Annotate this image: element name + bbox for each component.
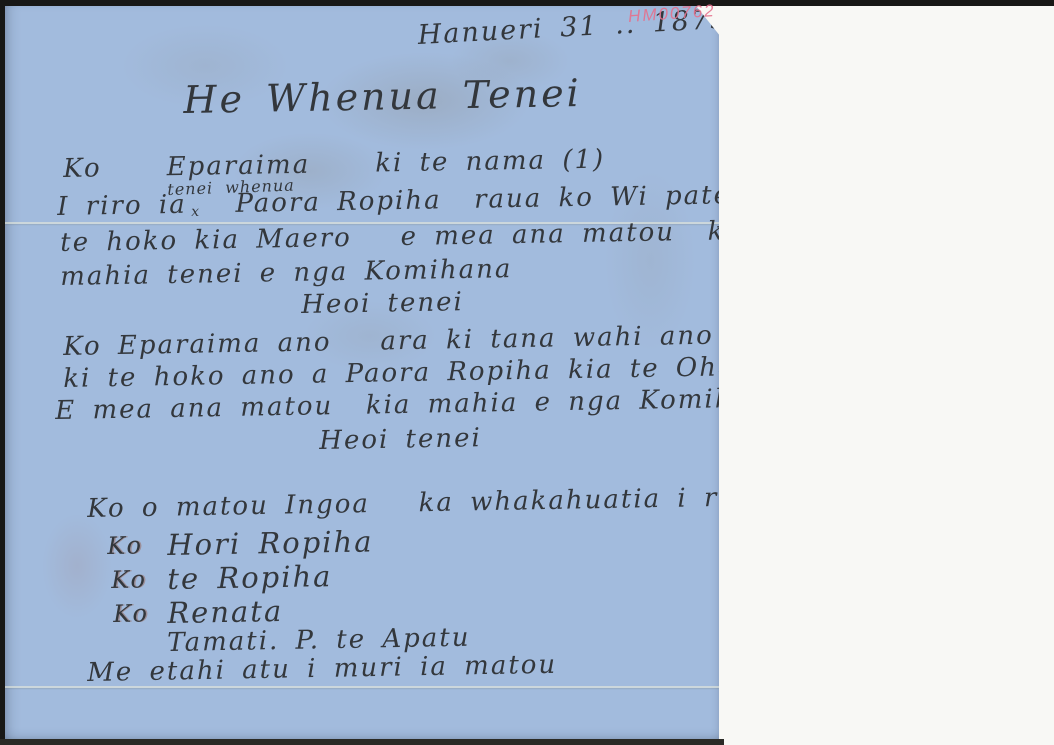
name-prefix: Ko bbox=[107, 531, 143, 560]
name-prefix: Ko bbox=[111, 565, 147, 594]
name-prefix: Ko bbox=[113, 599, 149, 628]
body-line: Ko o matou Ingoa ka whakahuatia i raro n… bbox=[87, 481, 831, 524]
closing-line: Me etahi atu i muri ia matou bbox=[87, 650, 557, 688]
body-line: mahia tenei e nga Komihana bbox=[60, 254, 513, 292]
signatory-name: Renata bbox=[167, 594, 283, 630]
paragraph-closing: Heoi tenei bbox=[301, 287, 464, 320]
scanned-letter-page: Hanueri 31 .. 1873 He Whenua Tenei Ko Ep… bbox=[0, 0, 1054, 745]
scanner-edge-top bbox=[0, 0, 1054, 6]
signatory-name: te Ropiha bbox=[167, 559, 333, 596]
paragraph-closing: Heoi tenei bbox=[319, 423, 482, 456]
scanner-edge-left bbox=[0, 0, 5, 741]
body-line: I riro ia Paora Ropiha raua ko Wi patene bbox=[57, 180, 767, 222]
letter-heading: He Whenua Tenei bbox=[183, 71, 582, 122]
signatory-name: Hori Ropiha bbox=[167, 524, 374, 562]
body-line: Ko Eparaima ki te nama (1) bbox=[63, 145, 605, 184]
scanner-edge-bottom bbox=[0, 739, 724, 745]
letter-paper: Hanueri 31 .. 1873 He Whenua Tenei Ko Ep… bbox=[5, 6, 719, 739]
